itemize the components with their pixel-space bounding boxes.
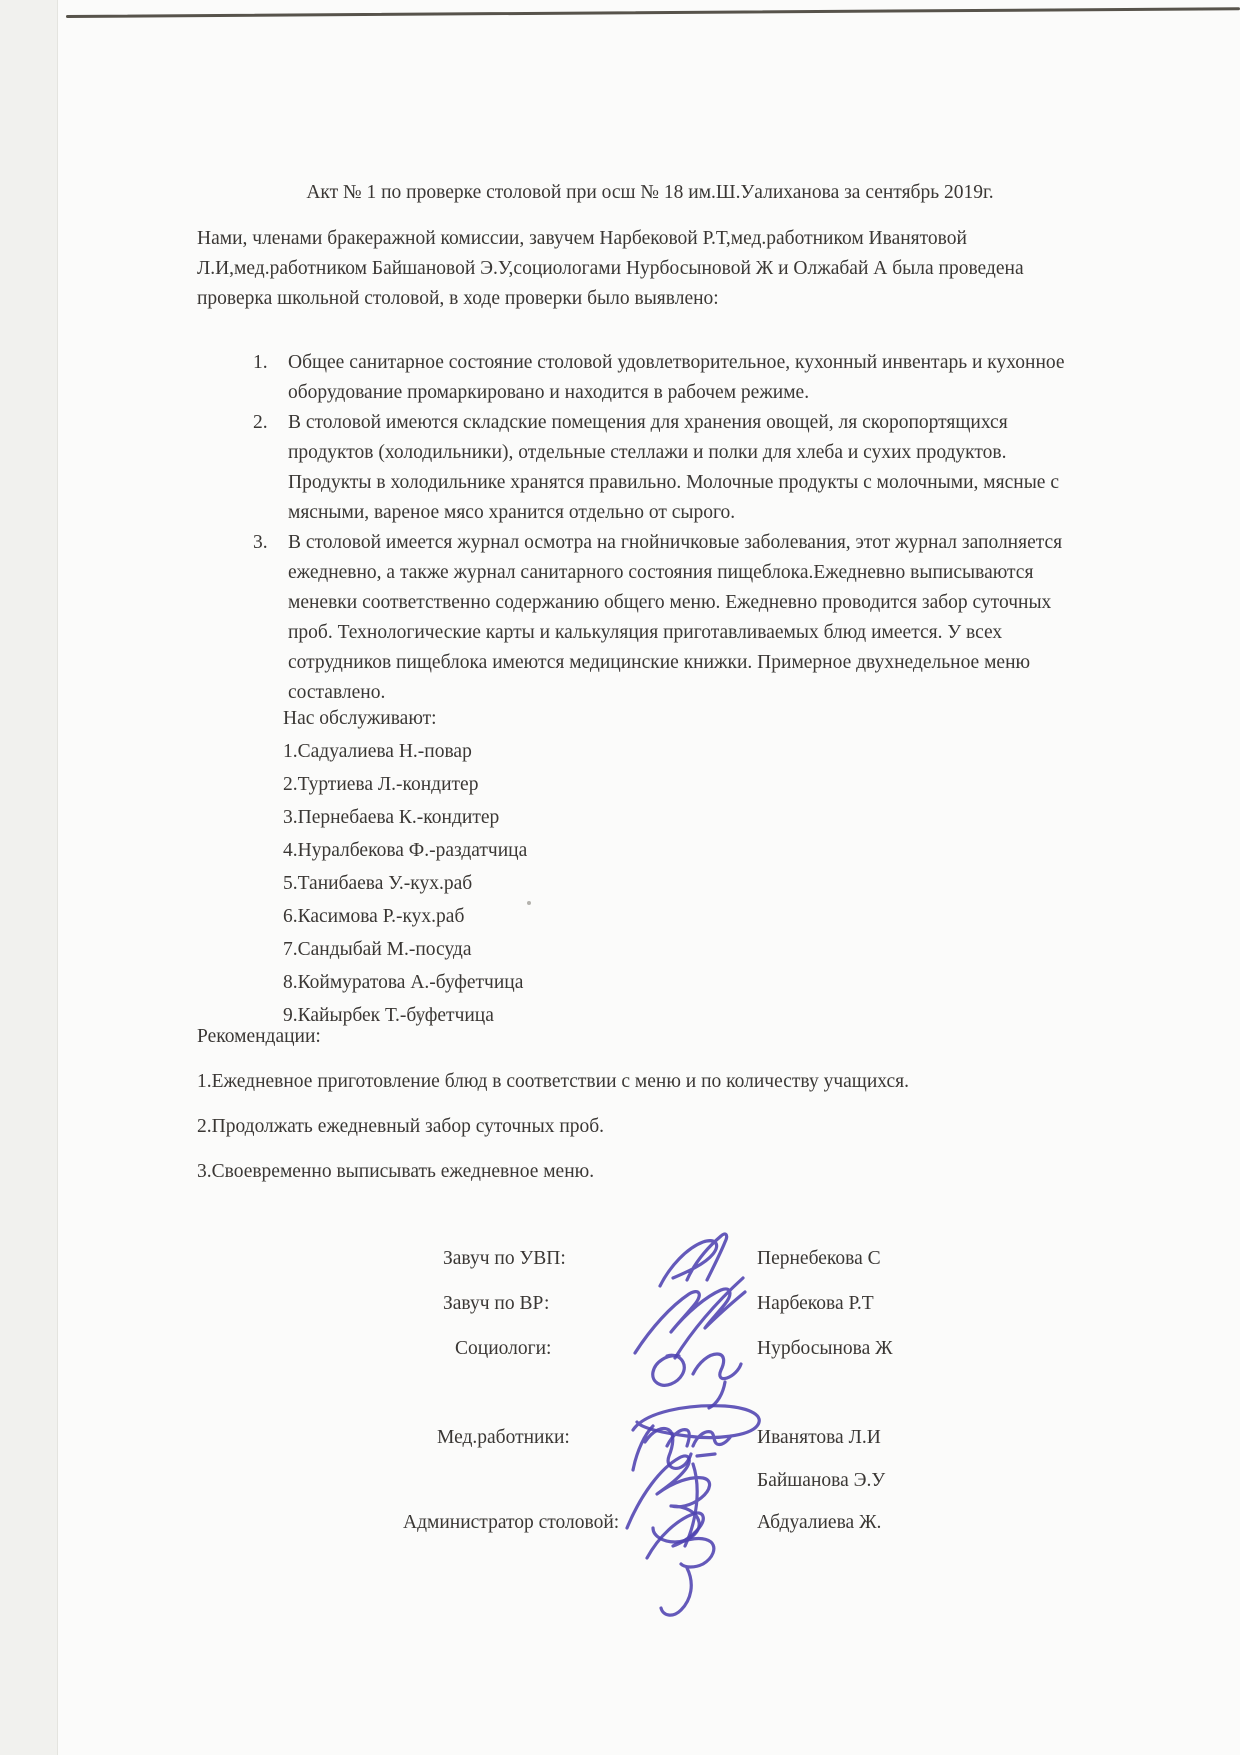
- signature-stroke: [647, 1513, 714, 1615]
- signature-role-label: Мед.работники:: [437, 1427, 570, 1449]
- finding-line: сотрудников пищеблока имеются медицински…: [288, 648, 1062, 678]
- finding-text: Общее санитарное состояние столовой удов…: [288, 348, 1065, 408]
- signature-role-label: Администратор столовой:: [403, 1512, 619, 1534]
- scan-top-edge-line: [66, 7, 1240, 17]
- signature-stroke: [635, 1278, 745, 1358]
- signature-stroke: [627, 1456, 710, 1546]
- staff-item: 8.Коймуратова А.-буфетчица: [283, 966, 527, 999]
- signature-stroke: [633, 1406, 759, 1446]
- finding-number: 2.: [253, 408, 288, 528]
- scanned-document-page: Акт № 1 по проверке столовой при осш № 1…: [0, 0, 1240, 1755]
- findings-list: 1. Общее санитарное состояние столовой у…: [253, 348, 1065, 708]
- scan-edge-strip: [0, 0, 58, 1755]
- intro-line: Нами, членами бракеражной комиссии, заву…: [197, 224, 1024, 254]
- finding-number: 1.: [253, 348, 288, 408]
- recommendations-section: Рекомендации: 1.Ежедневное приготовление…: [197, 1022, 909, 1187]
- intro-line: Л.И,мед.работником Байшановой Э.У,социол…: [197, 254, 1024, 284]
- finding-line: проб. Технологические карты и калькуляци…: [288, 618, 1062, 648]
- finding-line: В столовой имеются складские помещения д…: [288, 408, 1059, 438]
- scan-speck: [417, 1013, 421, 1017]
- staff-item: 4.Нуралбекова Ф.-раздатчица: [283, 834, 527, 867]
- staff-item: 2.Туртиева Л.-кондитер: [283, 768, 527, 801]
- signatory-name: Нарбекова Р.Т: [757, 1293, 874, 1315]
- staff-item: 5.Танибаева У.-кух.раб: [283, 867, 527, 900]
- finding-text: В столовой имеется журнал осмотра на гно…: [288, 528, 1062, 708]
- finding-line: В столовой имеется журнал осмотра на гно…: [288, 528, 1062, 558]
- signature-role-label: Завуч по УВП:: [443, 1248, 566, 1270]
- finding-item: 2. В столовой имеются складские помещени…: [253, 408, 1065, 528]
- staff-item: 7.Сандыбай М.-посуда: [283, 933, 527, 966]
- finding-line: ежедневно, а также журнал санитарного со…: [288, 558, 1062, 588]
- signatory-name: Байшанова Э.У: [757, 1470, 885, 1492]
- finding-line: меневки соответственно содержанию общего…: [288, 588, 1062, 618]
- signatory-name: Нурбосынова Ж: [757, 1338, 893, 1360]
- signature-role-label: Социологи:: [455, 1338, 551, 1360]
- signature-role-label: Завуч по ВР:: [443, 1293, 549, 1315]
- scan-speck: [527, 901, 531, 905]
- finding-item: 3. В столовой имеется журнал осмотра на …: [253, 528, 1065, 708]
- intro-paragraph: Нами, членами бракеражной комиссии, заву…: [197, 224, 1024, 314]
- finding-number: 3.: [253, 528, 288, 708]
- recommendation-item: 2.Продолжать ежедневный забор суточных п…: [197, 1112, 909, 1142]
- recommendation-item: 3.Своевременно выписывать ежедневное мен…: [197, 1157, 909, 1187]
- staff-item: 6.Касимова Р.-кух.раб: [283, 900, 527, 933]
- signatory-name: Иванятова Л.И: [757, 1427, 881, 1449]
- signature-stroke: [660, 1234, 727, 1286]
- signatory-name: Абдуалиева Ж.: [757, 1512, 881, 1534]
- finding-text: В столовой имеются складские помещения д…: [288, 408, 1059, 528]
- finding-item: 1. Общее санитарное состояние столовой у…: [253, 348, 1065, 408]
- staff-list: Нас обслуживают: 1.Садуалиева Н.-повар 2…: [283, 702, 527, 1032]
- finding-line: мясными, вареное мясо хранится отдельно …: [288, 498, 1059, 528]
- finding-line: Продукты в холодильнике хранятся правиль…: [288, 468, 1059, 498]
- staff-item: 1.Садуалиева Н.-повар: [283, 735, 527, 768]
- recommendations-heading: Рекомендации:: [197, 1022, 909, 1052]
- finding-line: продуктов (холодильники), отдельные стел…: [288, 438, 1059, 468]
- signature-stroke: [653, 1354, 741, 1408]
- recommendation-item: 1.Ежедневное приготовление блюд в соотве…: [197, 1067, 909, 1097]
- staff-item: 3.Пернебаева К.-кондитер: [283, 801, 527, 834]
- intro-line: проверка школьной столовой, в ходе прове…: [197, 284, 1024, 314]
- finding-line: Общее санитарное состояние столовой удов…: [288, 348, 1065, 378]
- document-title: Акт № 1 по проверке столовой при осш № 1…: [60, 182, 1240, 204]
- signatory-name: Пернебекова С: [757, 1248, 881, 1270]
- finding-line: оборудование промаркировано и находится …: [288, 378, 1065, 408]
- staff-heading: Нас обслуживают:: [283, 702, 527, 735]
- signature-stroke: [633, 1426, 715, 1470]
